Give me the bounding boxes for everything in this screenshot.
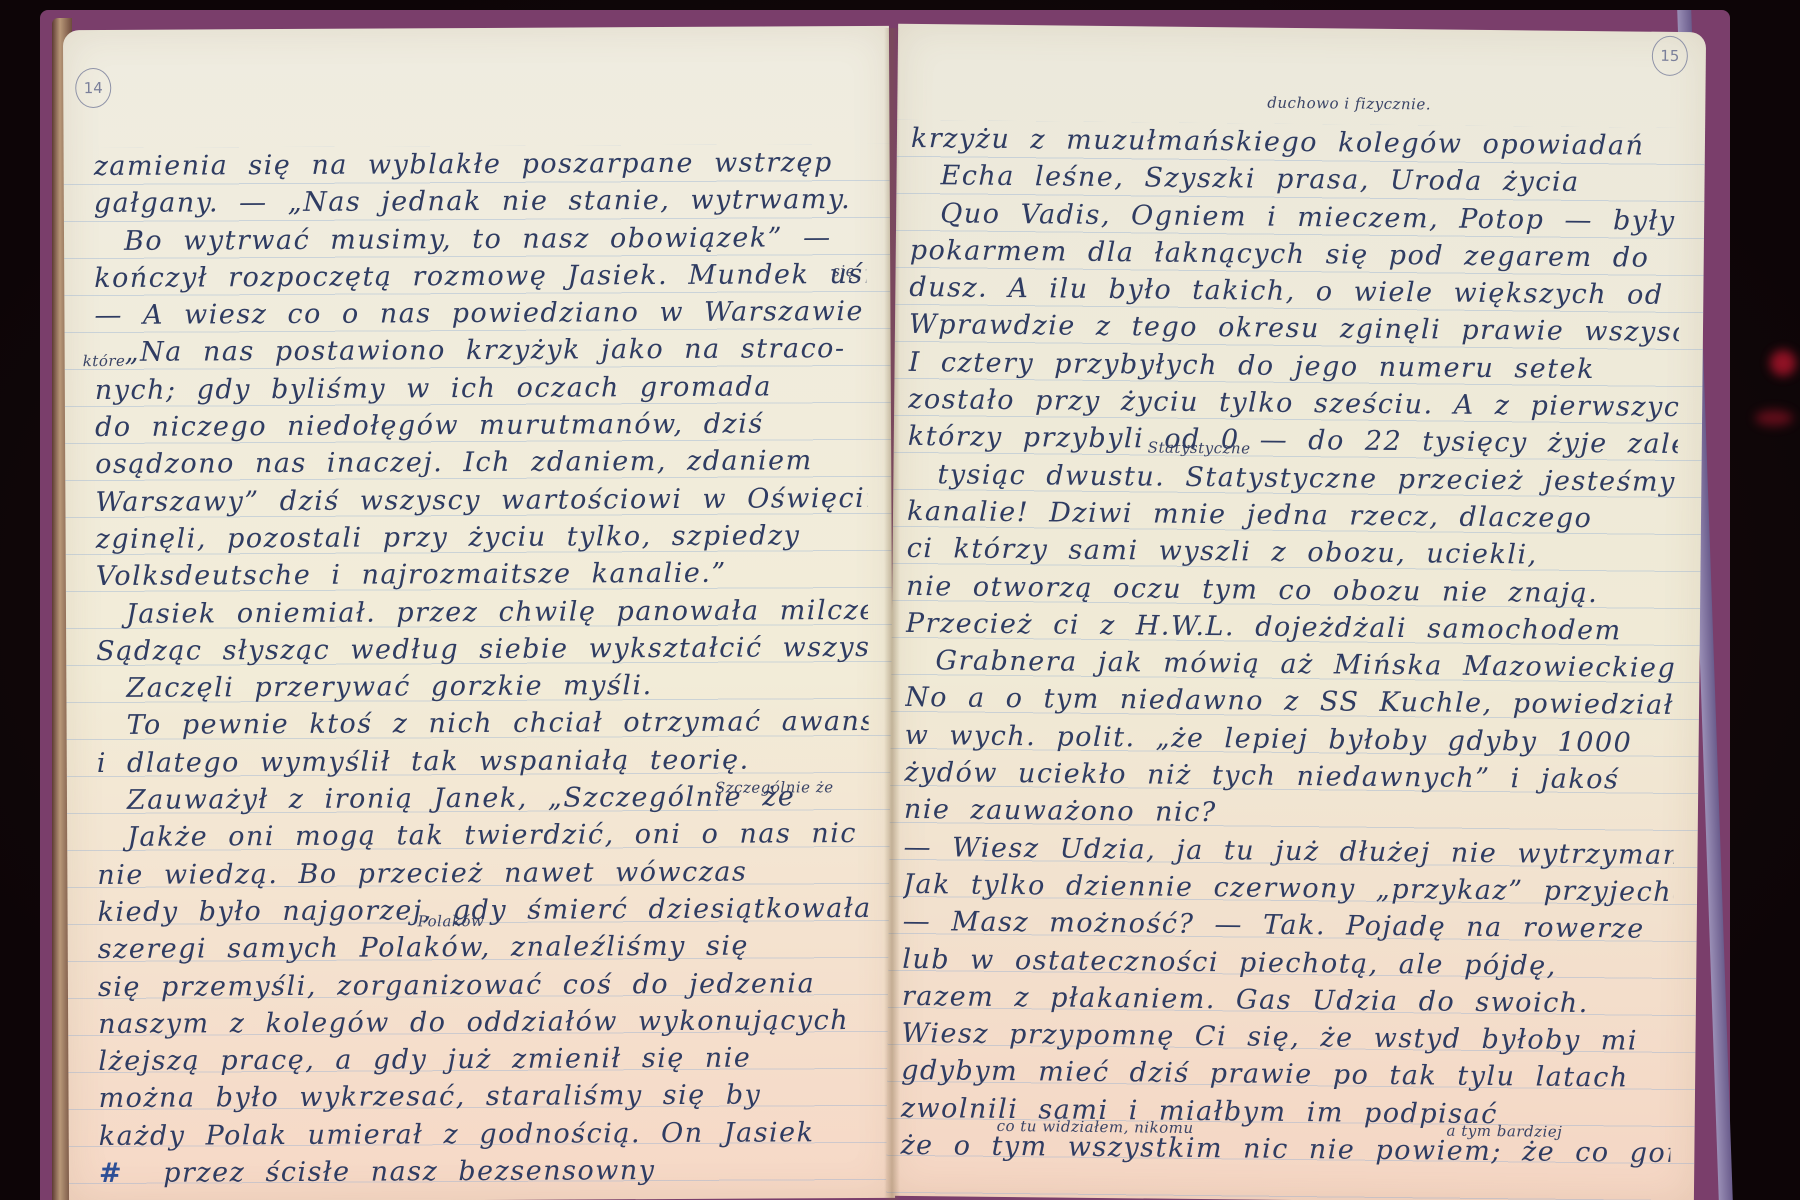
text-line: się przemyśli, zorganizować coś do jedze… <box>98 964 870 1005</box>
text-line: nych; gdy byliśmy w ich oczach gromada <box>95 368 867 409</box>
red-light-reflection <box>1770 350 1796 376</box>
text-line: kończył rozpoczętą rozmowę Jasiek. Munde… <box>94 256 866 297</box>
top-insertion: duchowo i fizycznie. <box>1267 94 1431 114</box>
text-line: gałgany. — „Nas jednak nie stanie, wytrw… <box>94 181 866 222</box>
text-line: Bo wytrwać musimy, to nasz obowiązek” — <box>94 219 866 260</box>
text-line: Sądząc słysząc według siebie wykształcić… <box>96 629 868 670</box>
text-line: że o tym wszystkim nic nie powiem; że co… <box>900 1127 1670 1172</box>
text-line: — A wiesz co o nas powiedziano w Warszaw… <box>94 293 866 334</box>
text-line-content: przez ścisłe nasz bezsensowny <box>163 1155 655 1189</box>
text-line: „Na nas postawiono krzyżyk jako na strac… <box>95 330 867 371</box>
text-line: Volksdeutsche i najrozmaitsze kanalie.” <box>96 554 868 595</box>
text-line: Warszawy” dziś wszyscy wartościowi w Ośw… <box>95 480 867 521</box>
text-line: nie wiedzą. Bo przecież nawet wówczas <box>97 853 869 894</box>
text-line: i dlatego wymyślił tak wspaniałą teorię. <box>97 741 869 782</box>
text-line: To pewnie ktoś z nich chciał otrzymać aw… <box>96 703 868 744</box>
text-line: do niczego niedołęgów murutmanów, dziś <box>95 405 867 446</box>
text-line: można było wykrzesać, staraliśmy się by <box>98 1076 870 1117</box>
text-line: zamienia się na wyblakłe poszarpane wstr… <box>94 144 866 185</box>
text-line: Jasiek oniemiał. przez chwilę panowała m… <box>96 592 868 633</box>
text-line: lżejszą pracę, a gdy już zmienił się nie <box>98 1039 870 1080</box>
text-line: szeregi samych Polaków, znaleźliśmy się <box>98 927 870 968</box>
left-page-text: zamienia się na wyblakłe poszarpane wstr… <box>94 144 871 1192</box>
text-line: każdy Polak umierał z godnością. On Jasi… <box>99 1114 871 1155</box>
text-line: osądzono nas inaczej. Ich zdaniem, zdani… <box>95 442 867 483</box>
page-number-left: 14 <box>75 68 111 108</box>
book-spine-gutter <box>884 28 900 1200</box>
text-line: # przez ścisłe nasz bezsensowny <box>99 1151 871 1192</box>
page-number-right: 15 <box>1652 36 1688 76</box>
text-line: Jakże oni mogą tak twierdzić, oni o nas … <box>97 815 869 856</box>
text-line: Zaczęli przerywać gorzkie myśli. <box>96 666 868 707</box>
hash-mark-symbol: # <box>99 1158 123 1189</box>
text-line: Zauważył z ironią Janek, „Szczególnie że <box>97 778 869 819</box>
right-page-text: krzyżu z muzułmańskiego kolegów opowiada… <box>900 120 1681 1172</box>
red-light-reflection <box>1755 410 1793 426</box>
text-line: kiedy było najgorzej, gdy śmierć dziesią… <box>97 890 869 931</box>
text-line: naszym z kolegów do oddziałów wykonujący… <box>98 1002 870 1043</box>
left-page: 14 które się Szczególnie że Polaków zami… <box>63 26 895 1200</box>
right-page: 15 duchowo i fizycznie. Statystyczne co … <box>886 24 1706 1200</box>
text-line: zginęli, pozostali przy życiu tylko, szp… <box>96 517 868 558</box>
